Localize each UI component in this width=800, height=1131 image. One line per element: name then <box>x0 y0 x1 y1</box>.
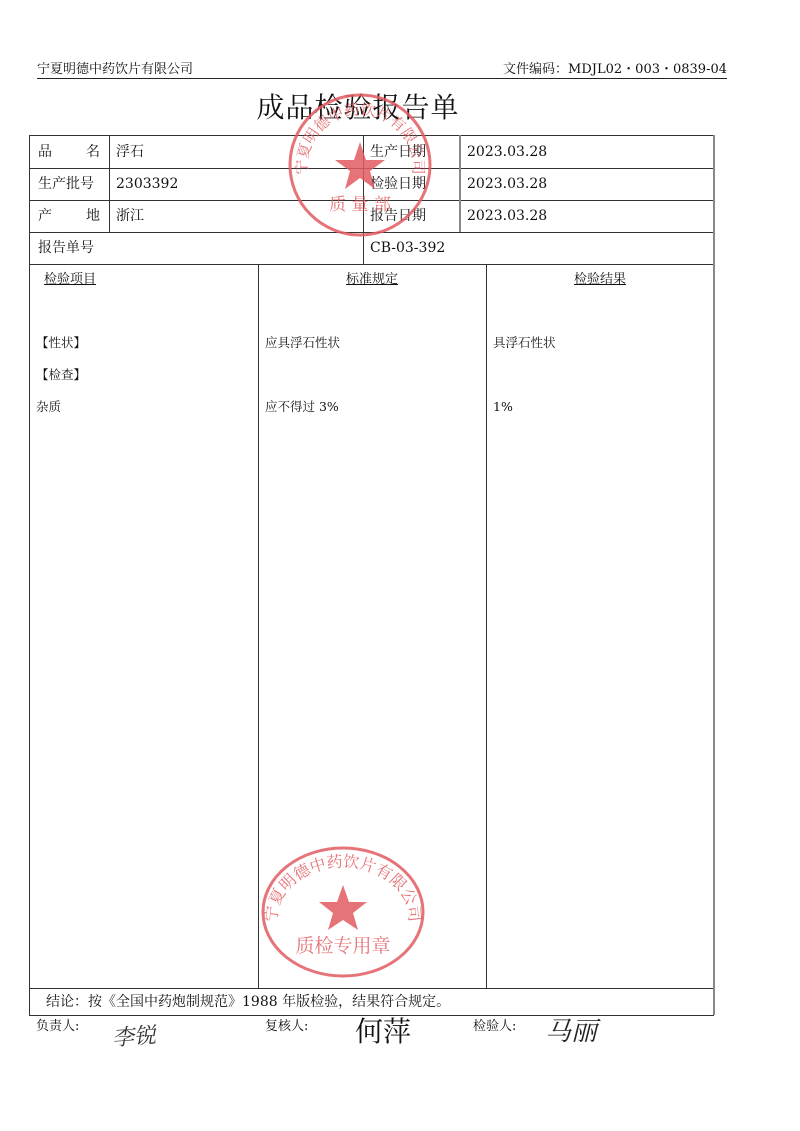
reviewer-signature: 何萍 <box>355 1024 411 1040</box>
label-char: 名 <box>86 144 100 160</box>
page-title: 成品检验报告单 <box>0 86 716 126</box>
col-divider <box>486 264 487 988</box>
result-item: 杂质 <box>36 399 61 415</box>
star-icon <box>319 885 367 930</box>
result-item: 【性状】 <box>36 335 86 351</box>
batch-label: 生产批号 <box>38 176 94 192</box>
result-standard: 应不得过 3% <box>265 399 339 415</box>
report-date-label: 报告日期 <box>370 208 426 224</box>
qc-seal-stamp: 宁夏明德中药饮片有限公司 质检专用章 <box>258 840 428 980</box>
header-divider <box>37 78 727 79</box>
svg-text:质检专用章: 质检专用章 <box>295 935 390 957</box>
batch-value: 2303392 <box>116 176 178 192</box>
row-divider <box>29 200 714 201</box>
company-name: 宁夏明德中药饮片有限公司 <box>37 58 193 77</box>
document-code: 文件编码：MDJL02・003・0839-04 <box>503 58 727 77</box>
result-standard: 应具浮石性状 <box>265 335 340 351</box>
report-date-value: 2023.03.28 <box>467 208 547 224</box>
table-border-top <box>29 135 714 136</box>
result-value: 1% <box>493 399 513 415</box>
inspector-label: 检验人: <box>473 1019 516 1035</box>
row-divider <box>29 988 714 989</box>
col-divider <box>459 135 461 232</box>
label-char: 地 <box>86 208 100 224</box>
inspection-date-value: 2023.03.28 <box>467 176 547 192</box>
responsible-signature: 李锐 <box>111 1028 156 1047</box>
product-name-value: 浮石 <box>116 144 144 160</box>
table-border-right <box>713 135 715 1015</box>
col-divider <box>109 135 110 232</box>
product-name-label: 品 名 <box>38 144 100 160</box>
col-header-item: 检验项目 <box>44 272 96 288</box>
conclusion: 结论：按《全国中药炮制规范》1988 年版检验，结果符合规定。 <box>46 994 450 1010</box>
report-no-label: 报告单号 <box>38 240 94 256</box>
col-header-standard: 标准规定 <box>258 272 486 288</box>
col-divider <box>258 264 259 988</box>
production-date-label: 生产日期 <box>370 144 426 160</box>
row-divider <box>29 232 714 233</box>
origin-label: 产 地 <box>38 208 100 224</box>
label-char: 产 <box>38 208 52 224</box>
responsible-label: 负责人: <box>36 1019 79 1035</box>
reviewer-label: 复核人: <box>265 1019 308 1035</box>
inspector-signature: 马丽 <box>545 1024 597 1040</box>
col-header-result: 检验结果 <box>486 272 714 288</box>
result-item: 【检查】 <box>36 367 86 383</box>
result-value: 具浮石性状 <box>493 335 556 351</box>
row-divider <box>29 168 714 169</box>
col-divider <box>363 135 364 264</box>
row-divider <box>29 264 714 265</box>
table-border-left <box>29 135 30 1015</box>
report-no-value: CB-03-392 <box>370 240 445 256</box>
label-char: 品 <box>38 144 52 160</box>
inspection-date-label: 检验日期 <box>370 176 426 192</box>
svg-text:宁夏明德中药饮片有限公司: 宁夏明德中药饮片有限公司 <box>261 852 424 923</box>
origin-value: 浙江 <box>116 208 144 224</box>
production-date-value: 2023.03.28 <box>467 144 547 160</box>
